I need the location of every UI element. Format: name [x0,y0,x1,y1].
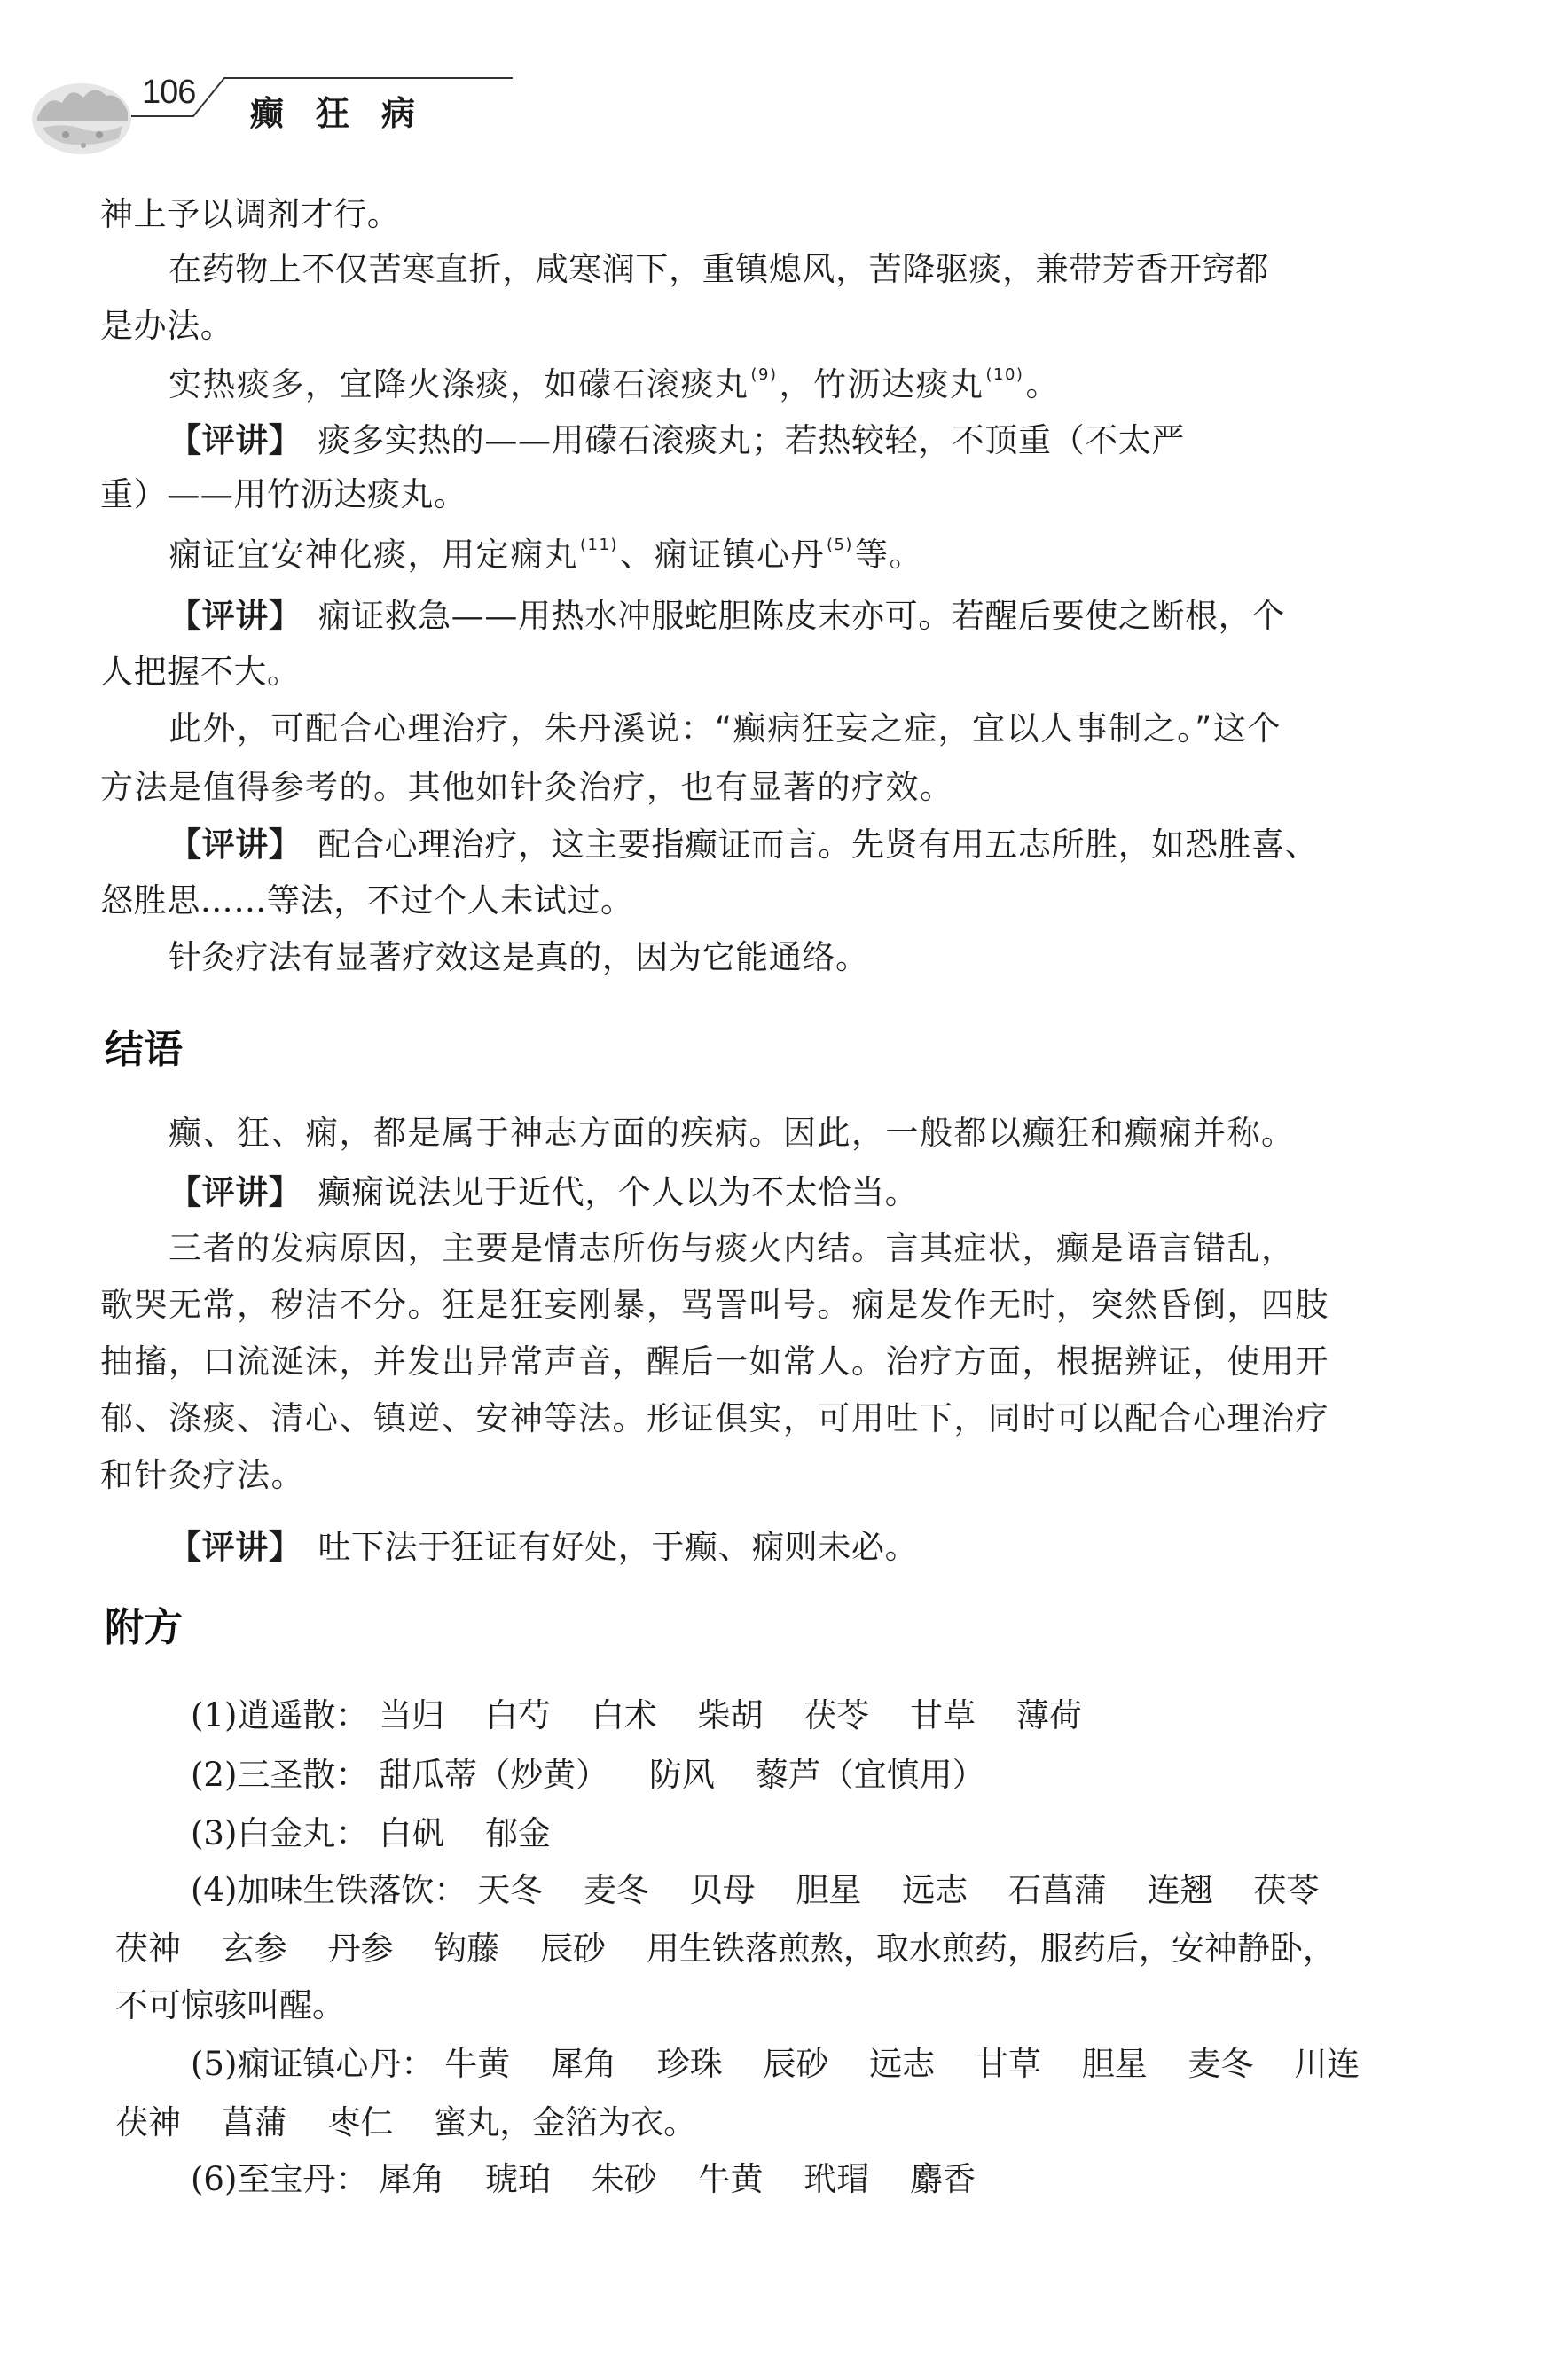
herb: 胆星 [796,1871,861,1909]
herb: 当归 [379,1696,444,1734]
formula-item: (6)至宝丹： 犀角 琥珀 朱砂 牛黄 玳瑁 麝香 [191,2162,1006,2197]
paragraph-line: 神上予以调剂才行。 [100,197,1439,232]
herb: 麝香 [910,2160,976,2198]
herb: 远志 [902,1871,968,1909]
herb: 茯苓 [804,1696,869,1734]
herb: 犀角 [551,2045,616,2083]
original-text-line: 郁、涤痰、清心、镇逆、安神等法。形证俱实，可用吐下，同时可以配合心理治疗 [100,1401,1439,1437]
herb: 珍珠 [657,2045,723,2083]
herb: 川连 [1294,2045,1360,2083]
herb: 茯神 [115,2103,181,2141]
commentary-tag: 【评讲】 [169,825,302,864]
original-text-line: 和针灸疗法。 [100,1458,1439,1493]
herb: 牛黄 [444,2045,510,2083]
formula-item: (3)白金丸： 白矾 郁金 [191,1816,581,1852]
paragraph-line: 重）——用竹沥达痰丸。 [100,477,1439,513]
text: 痫证宜安神化痰，用定痫丸 [169,536,578,574]
formula-number: (2) [191,1756,237,1794]
formula-name: 痫证镇心丹： [237,2045,434,2083]
paragraph-line: 怒胜思……等法，不过个人未试过。 [100,883,1439,919]
text: 。 [1025,365,1060,403]
formula-name: 三圣散： [237,1756,368,1794]
formula-number: (4) [191,1871,237,1909]
formula-number: (3) [191,1814,237,1852]
original-text-line: 此外，可配合心理治疗，朱丹溪说：“癫病狂妄之症，宜以人事制之。”这个 [169,711,1439,747]
herb: 麦冬 [584,1871,649,1909]
herb: 钩藤 [434,1930,499,1968]
formula-item-continued: 茯神 玄参 丹参 钩藤 辰砂 用生铁落煎熬，取水煎药，服药后，安神静卧， [115,1931,1336,1967]
footnote-ref: (9) [751,365,778,384]
paragraph-line: 针灸疗法有显著疗效这是真的，因为它能通络。 [169,940,1439,975]
text: 痰多实热的——用礞石滚痰丸；若热较轻，不顶重（不太严 [318,421,1185,459]
text: 等。 [855,536,923,574]
herb: 甘草 [976,2045,1041,2083]
commentary-line: 【评讲】痰多实热的——用礞石滚痰丸；若热较轻，不顶重（不太严 [169,422,1439,458]
formula-item: (2)三圣散： 甜瓜蒂（炒黄） 防风 藜芦（宜慎用） [191,1758,1015,1793]
paragraph-line: 在药物上不仅苦寒直折，咸寒润下，重镇熄风，苦降驱痰，兼带芳香开窍都 [169,252,1439,287]
original-text-line: 痫证宜安神化痰，用定痫丸(11)、痫证镇心丹(5)等。 [169,537,1439,573]
text: 、痫证镇心丹 [620,536,825,574]
formula-name: 白金丸： [237,1814,368,1852]
herb: 郁金 [485,1814,551,1852]
commentary-line: 【评讲】痫证救急——用热水冲服蛇胆陈皮末亦可。若醒后要使之断根，个 [169,598,1439,634]
herb: 石菖蒲 [1008,1871,1107,1909]
herb: 玄参 [222,1930,287,1968]
footnote-ref: (11) [580,536,618,554]
section-heading-formulas: 附方 [105,1607,183,1649]
preparation-note: 蜜丸，金箔为衣。 [434,2103,696,2141]
herb: 胆星 [1082,2045,1148,2083]
herb: 甜瓜蒂（炒黄） [379,1756,608,1794]
herb: 辰砂 [763,2045,828,2083]
formula-name: 至宝丹： [237,2160,368,2198]
book-page: 106 癫狂病 神上予以调剂才行。 在药物上不仅苦寒直折，咸寒润下，重镇熄风，苦… [0,0,1568,2380]
section-heading-conclusion: 结语 [105,1029,183,1071]
formula-item-continued: 不可惊骇叫醒。 [115,1988,345,2024]
herb: 玳瑁 [804,2160,869,2198]
text: 配合心理治疗，这主要指癫证而言。先贤有用五志所胜，如恐胜喜、 [318,826,1318,864]
text: ，竹沥达痰丸 [780,365,984,403]
herb: 白芍 [485,1696,551,1734]
formula-number: (5) [191,2045,237,2083]
herb: 辰砂 [540,1930,606,1968]
herb: 防风 [649,1756,715,1794]
original-text-line: 抽搐，口流涎沫，并发出异常声音，醒后一如常人。治疗方面，根据辨证，使用开 [100,1344,1439,1380]
running-title: 癫狂病 [250,94,447,133]
footnote-ref: (10) [986,365,1024,384]
commentary-line: 【评讲】癫痫说法见于近代，个人以为不太恰当。 [169,1174,1439,1210]
text: 癫痫说法见于近代，个人以为不太恰当。 [318,1173,918,1211]
formula-name: 加味生铁落饮： [237,1871,466,1909]
original-text-line: 三者的发病原因，主要是情志所伤与痰火内结。言其症状，癫是语言错乱， [169,1231,1439,1266]
paragraph-line: 人把握不大。 [100,654,1439,690]
formula-number: (6) [191,2160,237,2198]
header-rule [0,0,550,177]
commentary-line: 【评讲】吐下法于狂证有好处，于癫、痫则未必。 [169,1529,1439,1565]
formula-item: (5)痫证镇心丹： 牛黄 犀角 珍珠 辰砂 远志 甘草 胆星 麦冬 川连 [191,2047,1390,2082]
text: 实热痰多，宜降火涤痰，如礞石滚痰丸 [169,365,749,403]
herb: 麦冬 [1188,2045,1254,2083]
herb: 犀角 [379,2160,444,2198]
preparation-note: 不可惊骇叫醒。 [115,1986,345,2024]
herb: 甘草 [910,1696,976,1734]
herb: 远志 [869,2045,935,2083]
formula-name: 逍遥散： [237,1696,368,1734]
herb: 茯神 [115,1930,181,1968]
preparation-note: 用生铁落煎熬，取水煎药，服药后，安神静卧， [647,1930,1336,1968]
paragraph-line: 是办法。 [100,309,1439,344]
formula-item: (4)加味生铁落饮： 天冬 麦冬 贝母 胆星 远志 石菖蒲 连翘 茯苓 [191,1873,1350,1908]
herb: 白术 [592,1696,657,1734]
herb: 天冬 [477,1871,543,1909]
herb: 朱砂 [592,2160,657,2198]
herb: 白矾 [379,1814,444,1852]
commentary-tag: 【评讲】 [169,1527,302,1566]
herb: 牛黄 [697,2160,763,2198]
commentary-line: 【评讲】配合心理治疗，这主要指癫证而言。先贤有用五志所胜，如恐胜喜、 [169,826,1439,863]
formula-item: (1)逍遥散： 当归 白芍 白术 柴胡 茯苓 甘草 薄荷 [191,1698,1112,1734]
herb: 连翘 [1148,1871,1213,1909]
herb: 藜芦（宜慎用） [756,1756,985,1794]
commentary-tag: 【评讲】 [169,596,302,635]
herb: 薄荷 [1016,1696,1082,1734]
herb: 贝母 [690,1871,756,1909]
herb: 菖蒲 [222,2103,287,2141]
commentary-tag: 【评讲】 [169,420,302,459]
text: 吐下法于狂证有好处，于癫、痫则未必。 [318,1528,918,1566]
herb: 丹参 [328,1930,394,1968]
formula-item-continued: 茯神 菖蒲 枣仁 蜜丸，金箔为衣。 [115,2105,696,2141]
original-text-line: 歌哭无常，秽洁不分。狂是狂妄刚暴，骂詈叫号。痫是发作无时，突然昏倒，四肢 [100,1288,1439,1323]
herb: 柴胡 [697,1696,763,1734]
original-text-line: 癫、狂、痫，都是属于神志方面的疾病。因此，一般都以癫狂和癫痫并称。 [169,1116,1439,1151]
commentary-tag: 【评讲】 [169,1172,302,1211]
footnote-ref: (5) [827,536,853,554]
herb: 枣仁 [328,2103,394,2141]
original-text-line: 实热痰多，宜降火涤痰，如礞石滚痰丸(9)，竹沥达痰丸(10)。 [169,367,1439,403]
formula-number: (1) [191,1696,237,1734]
original-text-line: 方法是值得参考的。其他如针灸治疗，也有显著的疗效。 [100,770,1439,805]
text: 痫证救急——用热水冲服蛇胆陈皮末亦可。若醒后要使之断根，个 [318,597,1284,635]
herb: 琥珀 [485,2160,551,2198]
herb: 茯苓 [1254,1871,1320,1909]
